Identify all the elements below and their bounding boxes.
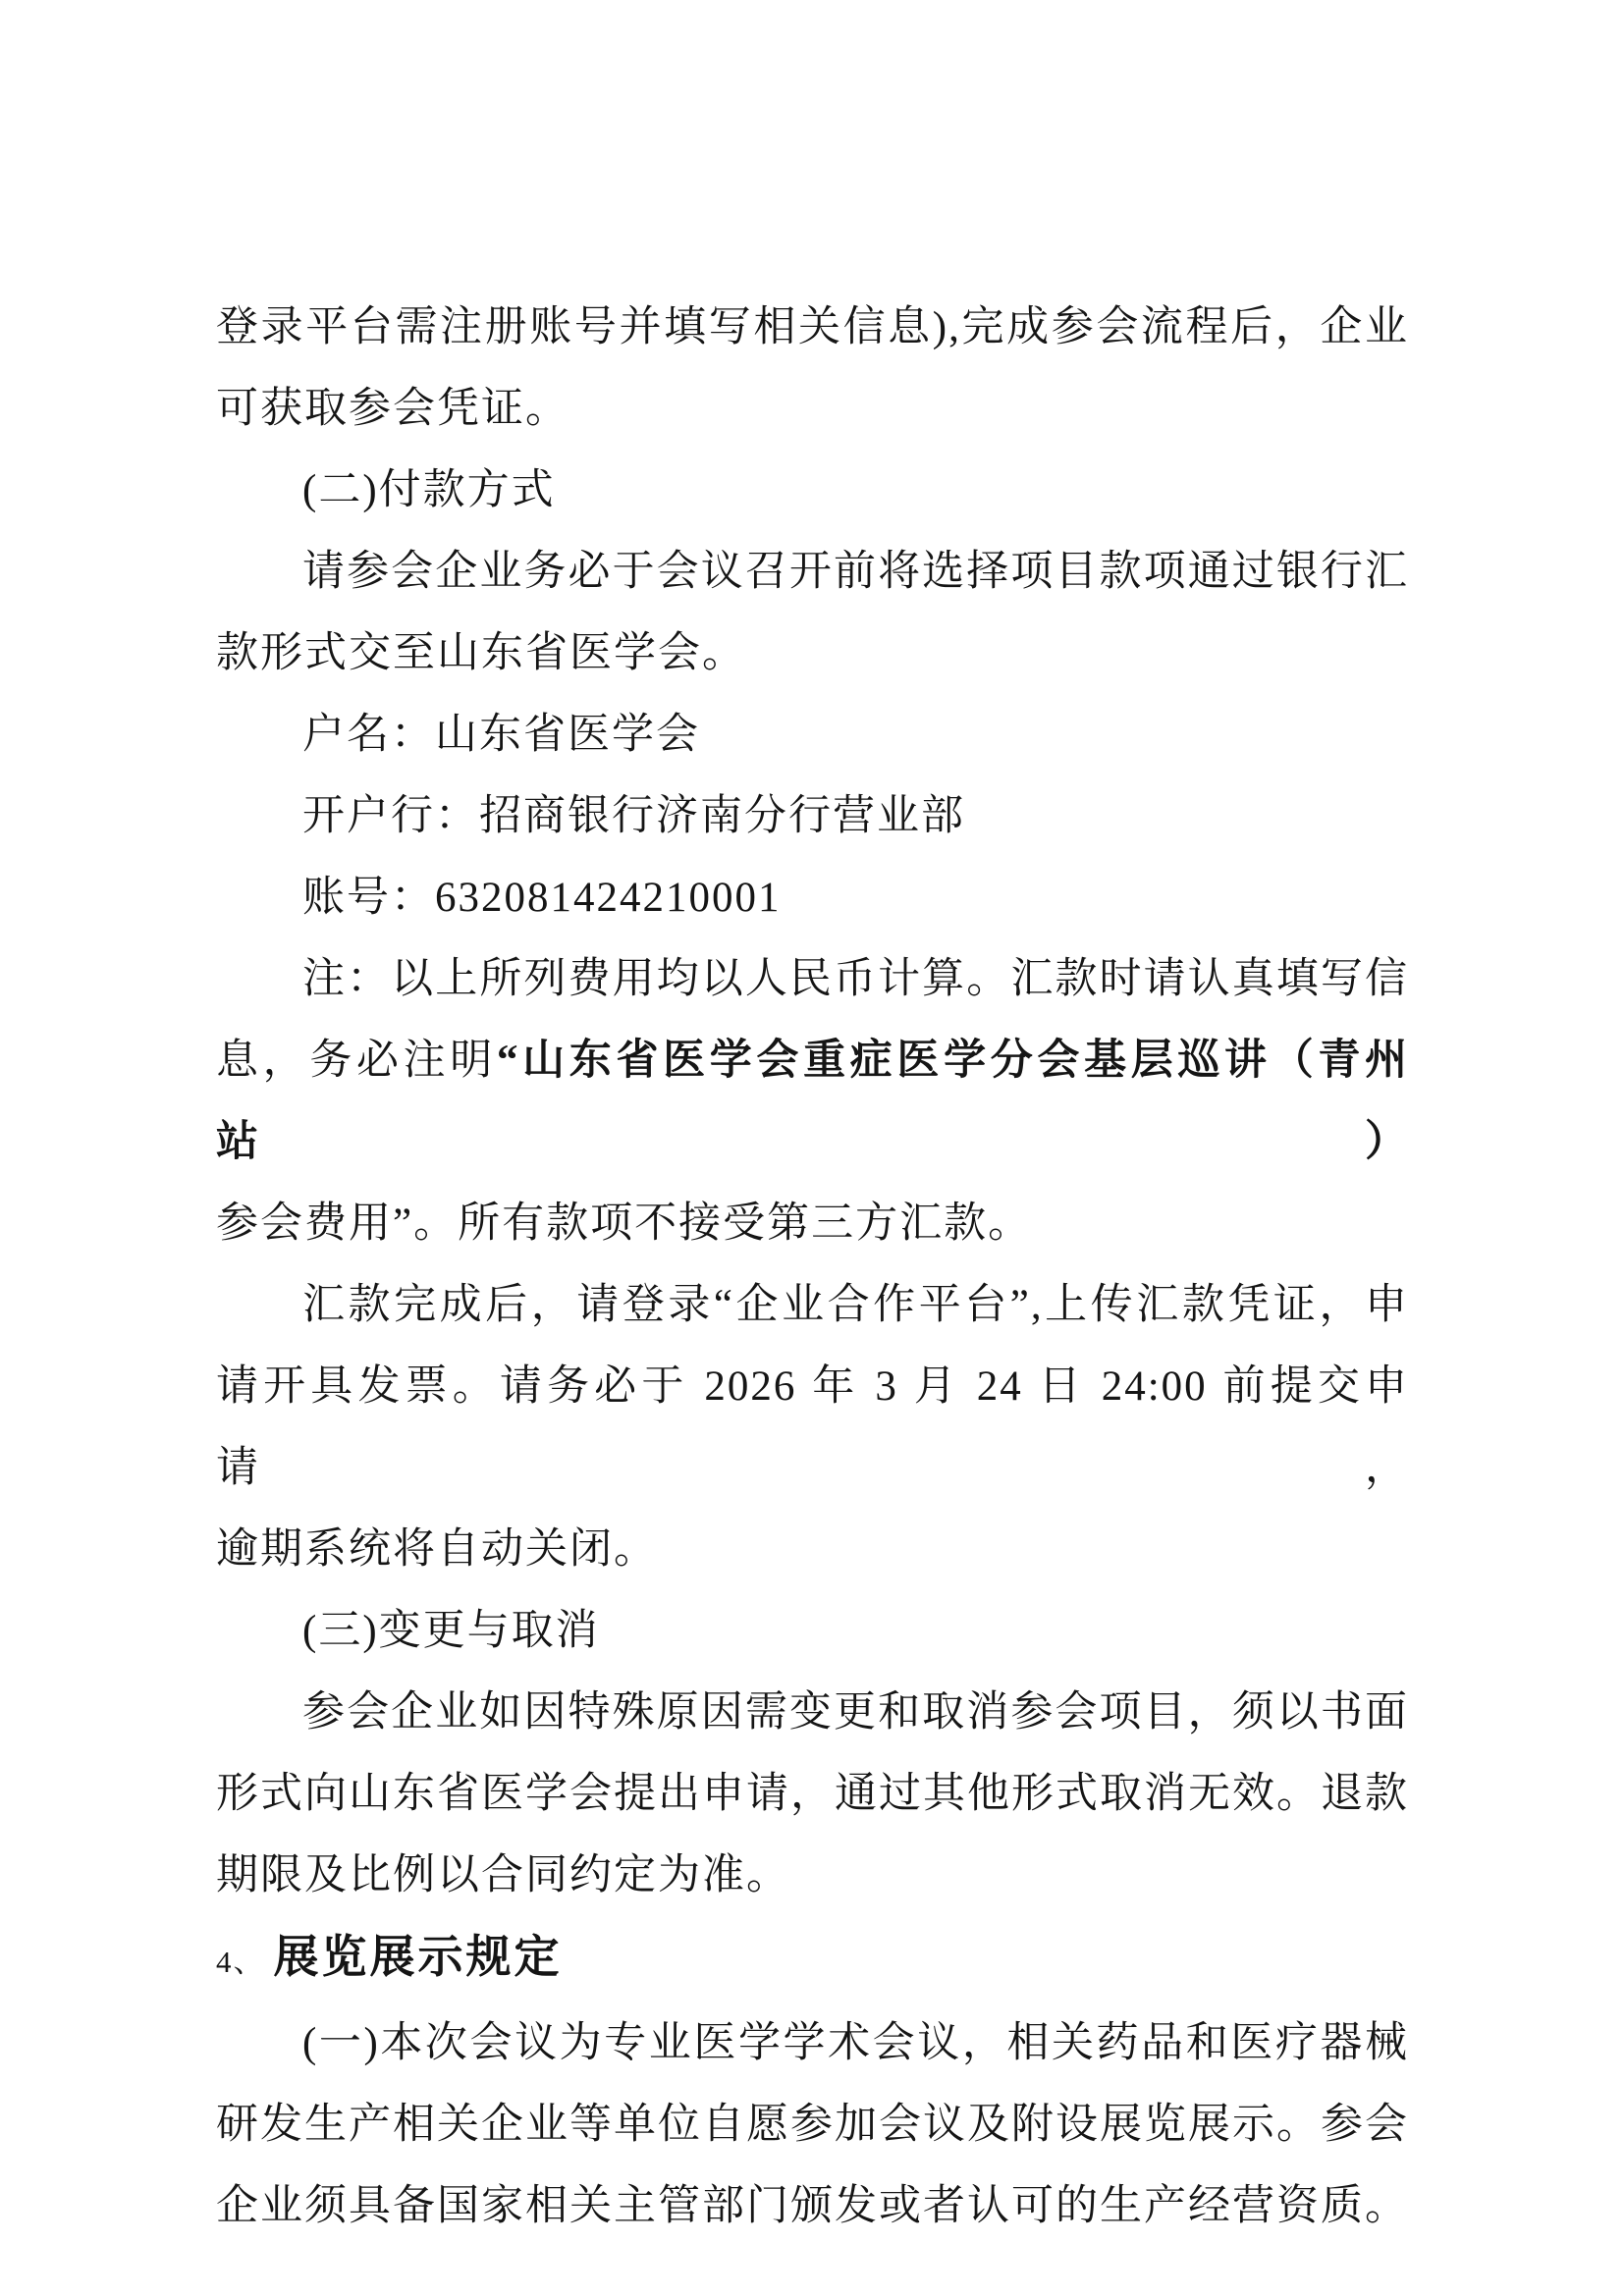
text-segment: (二)付款方式 (302, 467, 556, 513)
text-line: (三)变更与取消 (216, 1590, 1409, 1672)
text-line: 注：以上所列费用均以人民币计算。汇款时请认真填写信 (216, 938, 1409, 1020)
text-line: 请参会企业务必于会议召开前将选择项目款项通过银行汇 (216, 531, 1409, 613)
text-line: 形式向山东省医学会提出申请，通过其他形式取消无效。退款 (216, 1753, 1409, 1835)
heading-title: 展览展示规定 (274, 1931, 563, 1982)
text-segment: 可获取参会凭证。 (216, 386, 569, 432)
text-line: 期限及比例以合同约定为准。 (216, 1835, 1409, 1916)
text-segment: 企业须具备国家相关主管部门颁发或者认可的生产经营资质。 (216, 2183, 1409, 2229)
text-segment: 登录平台需注册账号并填写相关信息),完成参会流程后，企业 (216, 304, 1409, 350)
text-line: 请开具发票。请务必于 2026 年 3 月 24 日 24:00 前提交申请， (216, 1346, 1409, 1509)
text-segment: 参会费用”。所有款项不接受第三方汇款。 (216, 1201, 1032, 1247)
text-line: 研发生产相关企业等单位自愿参加会议及附设展览展示。参会 (216, 2084, 1409, 2165)
text-segment: 户名：山东省医学会 (302, 712, 700, 758)
text-segment: 参会企业如因特殊原因需变更和取消参会项目，须以书面 (302, 1689, 1409, 1735)
text-line: 息，务必注明“山东省医学会重症医学分会基层巡讲（青州站） (216, 1020, 1409, 1183)
text-segment: 注：以上所列费用均以人民币计算。汇款时请认真填写信 (302, 956, 1409, 1002)
document-page: 登录平台需注册账号并填写相关信息),完成参会流程后，企业可获取参会凭证。(二)付… (0, 0, 1624, 2296)
heading-number: 4、 (216, 1945, 266, 1979)
text-segment: 款形式交至山东省医学会。 (216, 630, 746, 676)
text-line: 开户行：招商银行济南分行营业部 (216, 775, 1409, 857)
text-line: 参会企业如因特殊原因需变更和取消参会项目，须以书面 (216, 1672, 1409, 1753)
text-line: 户名：山东省医学会 (216, 694, 1409, 775)
text-line: 账号：632081424210001 (216, 857, 1409, 938)
text-segment: (一)本次会议为专业医学学术会议，相关药品和医疗器械 (302, 2020, 1409, 2066)
text-segment: 息，务必注明 (216, 1038, 497, 1084)
text-line: 汇款完成后，请登录“企业合作平台”,上传汇款凭证，申 (216, 1264, 1409, 1346)
text-line: 逾期系统将自动关闭。 (216, 1509, 1409, 1590)
text-segment: 期限及比例以合同约定为准。 (216, 1852, 790, 1898)
document-body: 登录平台需注册账号并填写相关信息),完成参会流程后，企业可获取参会凭证。(二)付… (216, 287, 1409, 2247)
text-segment: 汇款完成后，请登录“企业合作平台”,上传汇款凭证，申 (302, 1282, 1409, 1328)
text-line: 登录平台需注册账号并填写相关信息),完成参会流程后，企业 (216, 287, 1409, 368)
text-segment: 研发生产相关企业等单位自愿参加会议及附设展览展示。参会 (216, 2102, 1409, 2148)
section-heading: 4、展览展示规定 (216, 1916, 1409, 2002)
text-segment: 账号：632081424210001 (302, 875, 782, 921)
text-line: 款形式交至山东省医学会。 (216, 613, 1409, 694)
text-line: (一)本次会议为专业医学学术会议，相关药品和医疗器械 (216, 2002, 1409, 2084)
text-segment: 开户行：招商银行济南分行营业部 (302, 793, 965, 839)
text-line: 可获取参会凭证。 (216, 368, 1409, 450)
text-segment: 请开具发票。请务必于 2026 年 3 月 24 日 24:00 前提交申请， (216, 1363, 1409, 1491)
text-segment: (三)变更与取消 (302, 1608, 600, 1654)
text-line: (二)付款方式 (216, 450, 1409, 531)
text-line: 参会费用”。所有款项不接受第三方汇款。 (216, 1183, 1409, 1264)
text-segment: 逾期系统将自动关闭。 (216, 1526, 658, 1573)
text-line: 企业须具备国家相关主管部门颁发或者认可的生产经营资质。 (216, 2165, 1409, 2247)
text-segment: 形式向山东省医学会提出申请，通过其他形式取消无效。退款 (216, 1771, 1409, 1817)
text-segment: 请参会企业务必于会议召开前将选择项目款项通过银行汇 (302, 549, 1409, 595)
